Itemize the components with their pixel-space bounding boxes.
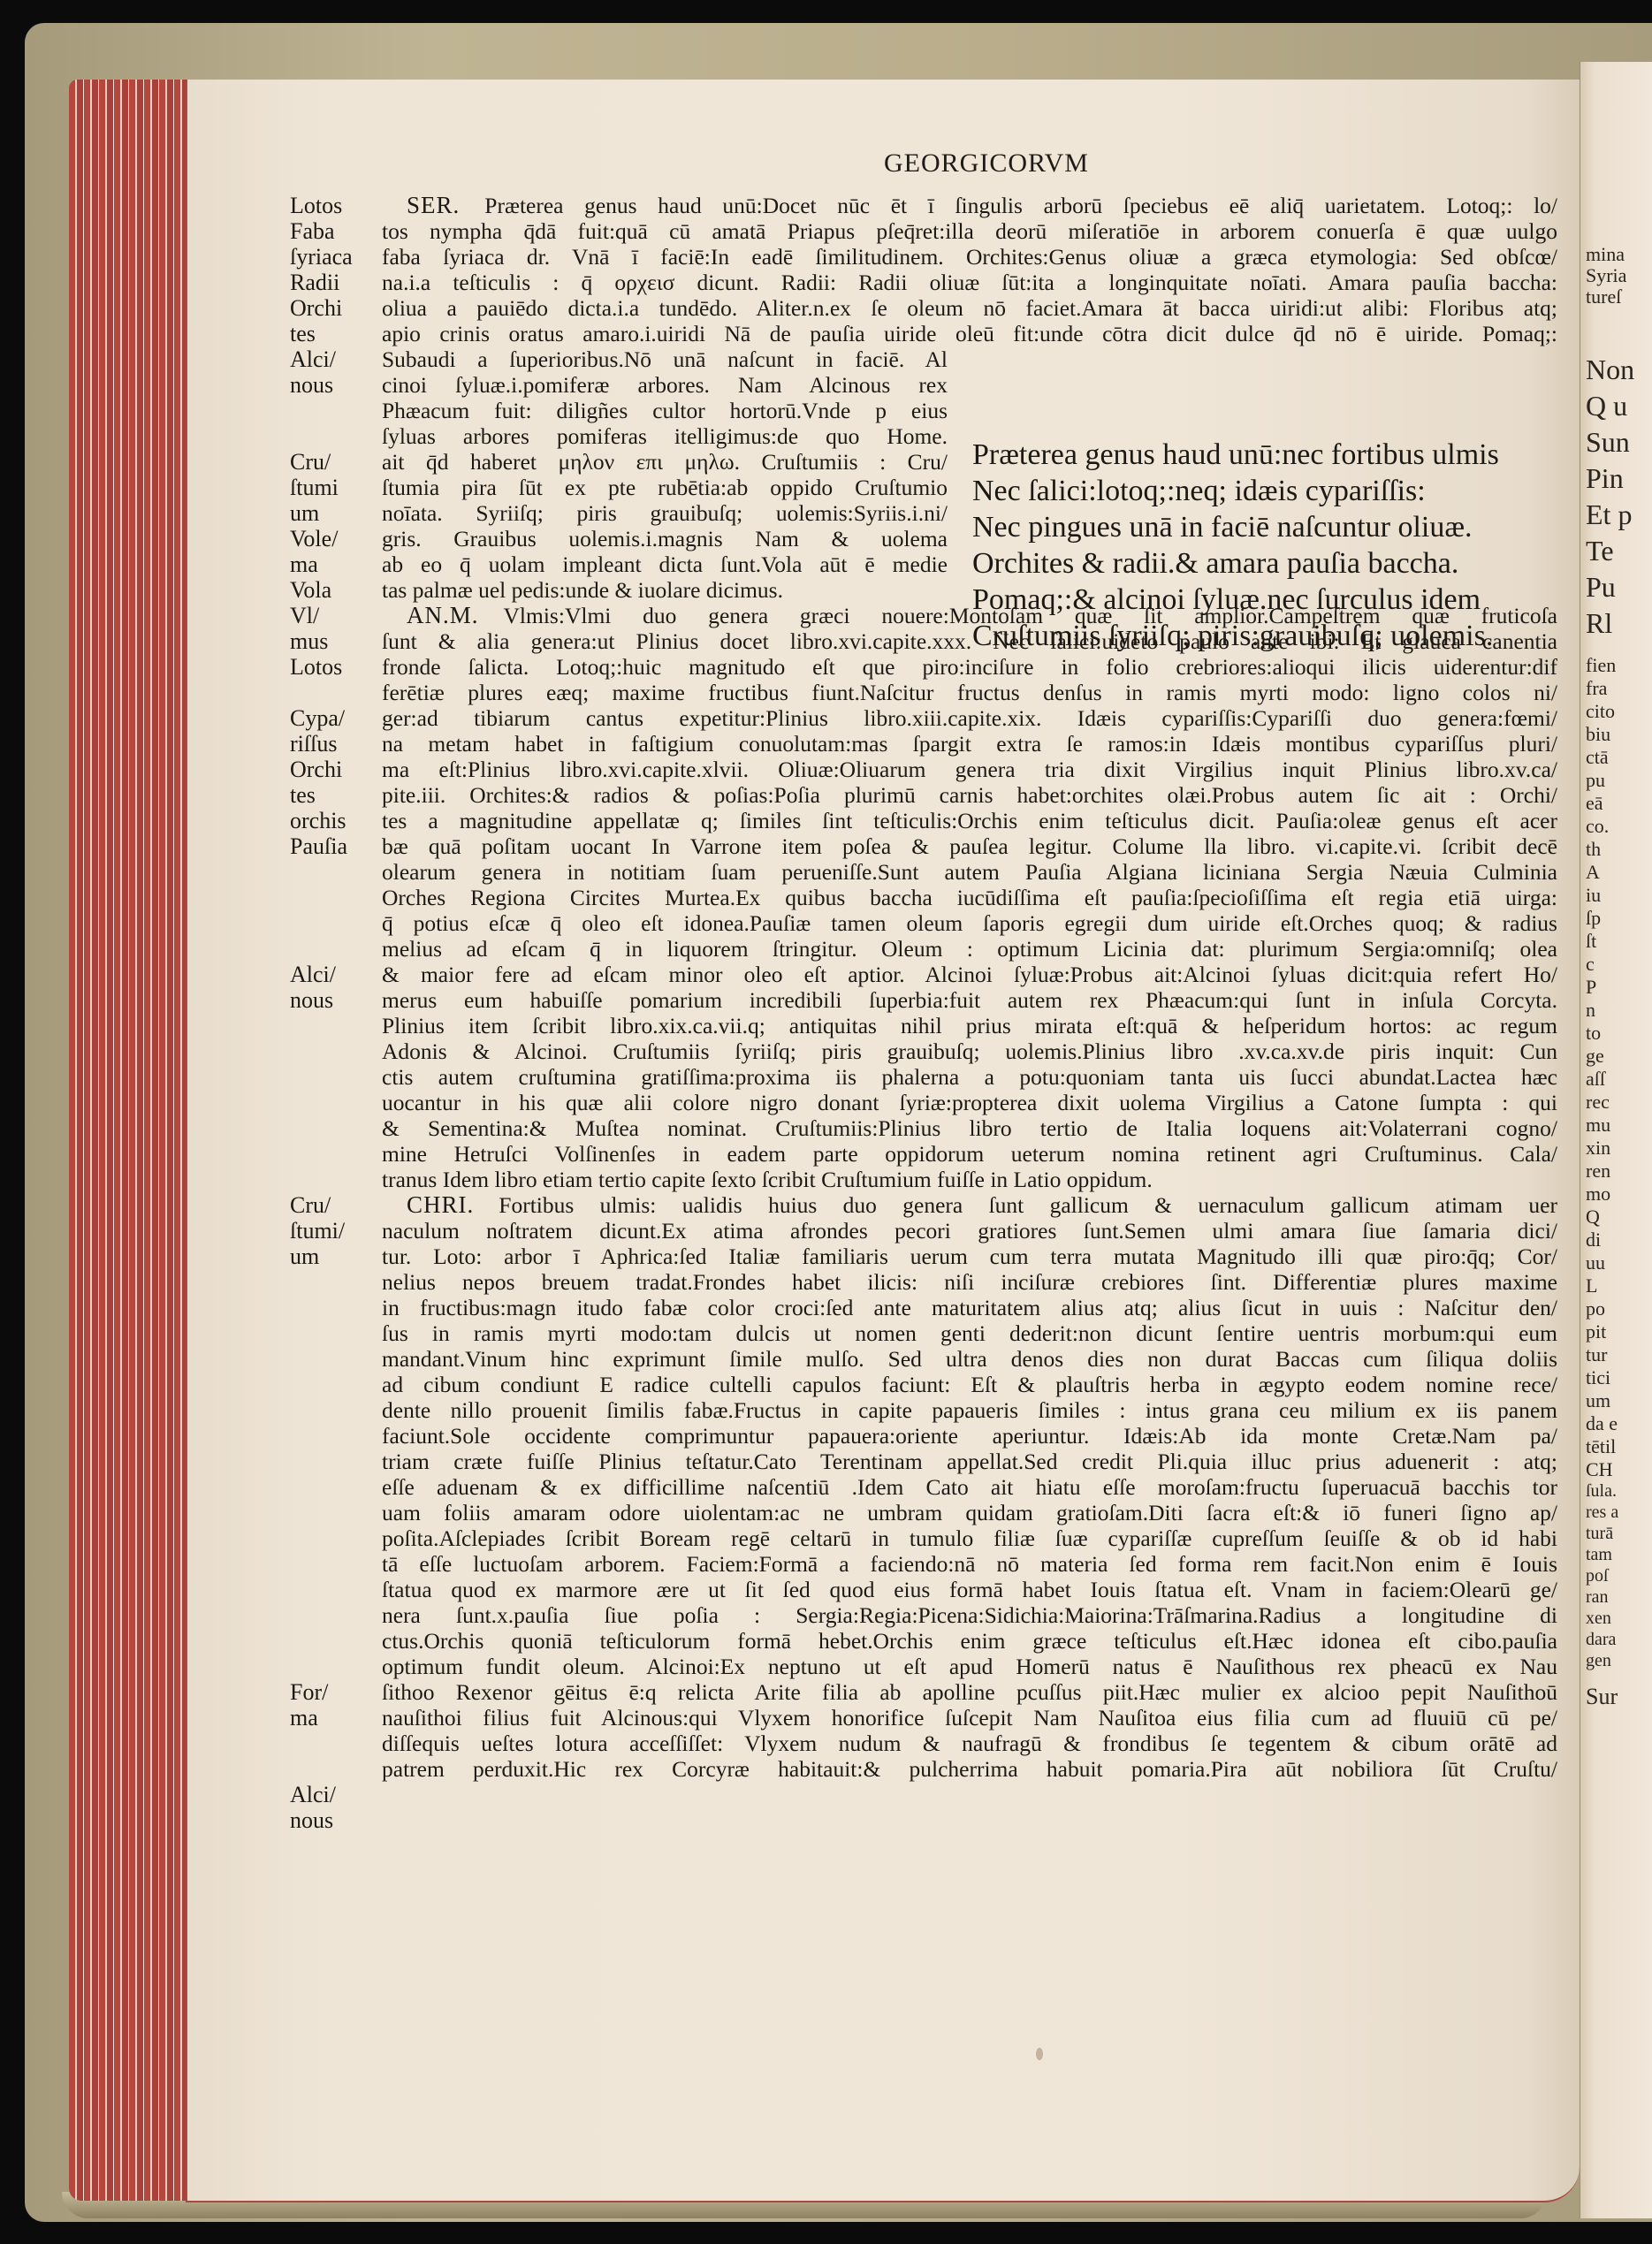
marginal-gloss: Orchi: [290, 757, 342, 782]
commentary-text: ſyluas arbores pomiferas itelligimus:de …: [382, 423, 948, 449]
commentary-text: q̄ potius eſcæ q̄ oleo eſt idonea.Pauſiæ…: [382, 910, 1557, 936]
commentary-line: ſus in ramis myrti modo:tam dulcis ut no…: [382, 1320, 1557, 1346]
commentary-text: ſtatua quod ex marmore ære ut ſit ſed qu…: [382, 1577, 1557, 1602]
marginal-gloss: Vole/: [290, 526, 338, 551]
commentary-line: pite.iii. Orchites:& radios & poſias:Poſ…: [382, 782, 1557, 808]
commentary-text: ab eo q̄ uolam impleant dicta ſunt.Vola …: [382, 551, 948, 577]
commentary-line: noīata. Syriiſq; piris grauibuſq; uolemi…: [382, 500, 948, 526]
commentary-text: melius ad eſcam q̄ in liquorem ſtringitu…: [382, 936, 1557, 962]
commentary-text: nera ſunt.x.pauſia ſiue poſia : Sergia:R…: [382, 1602, 1557, 1628]
commentary-line: SER. Præterea genus haud unū:Docet nūc ē…: [382, 193, 1557, 218]
facing-page-fragment: co.: [1586, 815, 1609, 838]
commentary-text: Orches Regiona Circites Murtea.Ex quibus…: [382, 885, 1557, 910]
marginal-gloss: Vola: [290, 577, 331, 603]
commentary-line: na metam habet in faſtigium conuolutam:m…: [382, 731, 1557, 757]
verse-line: Nec ſalici:lotoq;:neq; idæis cypariſſis:: [972, 473, 1560, 509]
facing-page-fragment: pit: [1586, 1320, 1606, 1343]
commentary-line: olearum genera in notitiam ſuam perueniſ…: [382, 859, 1557, 885]
facing-page-fragment: Et p: [1586, 498, 1632, 531]
marginal-gloss: nous: [290, 987, 333, 1013]
commentary-text: merus eum habuiſſe pomarium incredibili …: [382, 987, 1557, 1013]
facing-page-fragment: ſp: [1586, 907, 1601, 930]
facing-page-fragment: fra: [1586, 677, 1607, 700]
commentary-text: in fructibus:magn itudo fabæ color croci…: [382, 1295, 1557, 1320]
commentary-text: ma eſt:Plinius libro.xvi.capite.xlvii. O…: [382, 757, 1557, 782]
commentary-line: Orches Regiona Circites Murtea.Ex quibus…: [382, 885, 1557, 910]
facing-page-fragment: th: [1586, 838, 1601, 861]
commentary-text: faba ſyriaca dr. Vnā ī faciē:In eadē ſim…: [382, 244, 1557, 270]
marginal-gloss: ma: [290, 551, 318, 577]
commentary-line: & maior fere ad eſcam minor oleo eſt apt…: [382, 962, 1557, 987]
verse-line: Nec pingues unā in faciē naſcuntur oliuæ…: [972, 509, 1560, 545]
commentary-line: ſtumia pira ſūt ex pte rubētia:ab oppido…: [382, 475, 948, 500]
facing-page-fragment: tureſ: [1586, 285, 1621, 308]
facing-page-fragment: poſ: [1586, 1566, 1609, 1586]
commentary-text: diſſequis ueſtes lotura acceſſiſſet: Vly…: [382, 1731, 1557, 1756]
commentary-text: mandant.Vinum hinc exprimunt ſimile mulſ…: [382, 1346, 1557, 1372]
commentary-text: ſus in ramis myrti modo:tam dulcis ut no…: [382, 1320, 1557, 1346]
commentary-line: tes a magnitudine appellatæ q; ſimiles ſ…: [382, 808, 1557, 833]
marginal-gloss: um: [290, 1244, 319, 1269]
marginal-gloss: mus: [290, 628, 328, 654]
recto-page-edge: minaSyriatureſNonQ uSunPinEt pTePuRlfien…: [1580, 62, 1652, 2218]
facing-page-fragment: iu: [1586, 884, 1601, 907]
commentary-line: ait q̄d haberet μηλον επι μηλω. Cruſtumi…: [382, 449, 948, 475]
commentary-text: ferētiæ plures eæq; maxime fructibus fiu…: [382, 680, 1557, 705]
facing-page-fragment: c: [1586, 953, 1595, 976]
commentary-line: eſſe aduenam & ex difficillime naſcentiū…: [382, 1474, 1557, 1500]
commentary-line: mandant.Vinum hinc exprimunt ſimile mulſ…: [382, 1346, 1557, 1372]
commentary-line: bæ quā poſitam uocant In Varrone item po…: [382, 833, 1557, 859]
commentary-line: ctis autem cruſtumina gratiſſima:proxima…: [382, 1064, 1557, 1090]
commentary-text: ctis autem cruſtumina gratiſſima:proxima…: [382, 1064, 1557, 1090]
marginal-gloss: ma: [290, 1705, 318, 1731]
commentary-line: ſithoo Rexenor gēitus ē:q relicta Arite …: [382, 1679, 1557, 1705]
commentary-text: tos nympha q̄dā fuit:quā cū amatā Priapu…: [382, 218, 1557, 244]
verse-line: Pomaq;:& alcinoi ſyluæ.nec ſurculus idem: [972, 582, 1560, 618]
facing-page-fragment: P: [1586, 976, 1596, 999]
commentary-text: mine Hetruſci Volſinenſes in eadem parte…: [382, 1141, 1557, 1167]
commentary-line: ad cibum condiunt E radice cultelli capu…: [382, 1372, 1557, 1397]
commentary-line: cinoi ſyluæ.i.pomiferæ arbores. Nam Alci…: [382, 372, 948, 398]
commentator-label: AN.M.: [382, 602, 504, 628]
commentary-text: uam foliis amaram odore uiolentam:ac ne …: [382, 1500, 1557, 1525]
commentary-text: poſita.Aſclepiades ſcribit Boream regē c…: [382, 1525, 1557, 1551]
commentary-text: Adonis & Alcinoi. Cruſtumiis ſyriiſq; pi…: [382, 1038, 1557, 1064]
marginal-gloss: Alci/: [290, 962, 336, 987]
commentary-line: nauſithoi filius fuit Alcinous:qui Vlyxe…: [382, 1705, 1557, 1731]
commentary-line: fronde ſalicta. Lotoq;:huic magnitudo eſ…: [382, 654, 1557, 680]
facing-page-fragment: Q: [1586, 1206, 1600, 1228]
commentary-line: Phæacum fuit: diligñes cultor hortorū.Vn…: [382, 398, 948, 423]
facing-page-fragment: fien: [1586, 654, 1616, 677]
marginal-gloss: Alci/: [290, 1782, 336, 1807]
marginal-gloss: ſtumi: [290, 475, 339, 500]
commentary-text: & Sementina:& Muſtea nominat. Cruſtumiis…: [382, 1115, 1557, 1141]
commentary-line: ferētiæ plures eæq; maxime fructibus fiu…: [382, 680, 1557, 705]
commentary-line: ger:ad tibiarum cantus expetitur:Plinius…: [382, 705, 1557, 731]
commentary-text: noīata. Syriiſq; piris grauibuſq; uolemi…: [382, 500, 948, 526]
commentary-line: Adonis & Alcinoi. Cruſtumiis ſyriiſq; pi…: [382, 1038, 1557, 1064]
facing-page-fragment: ſula.: [1586, 1481, 1617, 1502]
commentary-line: apio crinis oratus amaro.i.uiridi Nā de …: [382, 321, 1557, 346]
facing-page-fragment: ren: [1586, 1160, 1610, 1183]
commentary-text: & maior fere ad eſcam minor oleo eſt apt…: [382, 962, 1557, 987]
marginal-gloss: um: [290, 500, 319, 526]
commentary-text: nelius nepos breuem tradat.Frondes habet…: [382, 1269, 1557, 1295]
facing-page-fragment: tici: [1586, 1366, 1610, 1389]
commentary-text: Phæacum fuit: diligñes cultor hortorū.Vn…: [382, 398, 948, 423]
marginal-gloss: ſyriaca: [290, 244, 353, 270]
commentary-text: ſtumia pira ſūt ex pte rubētia:ab oppido…: [382, 475, 948, 500]
marginal-gloss: Vl/: [290, 603, 319, 628]
commentary-text: apio crinis oratus amaro.i.uiridi Nā de …: [382, 321, 1557, 346]
commentary-text: ger:ad tibiarum cantus expetitur:Plinius…: [382, 705, 1557, 731]
marginal-gloss: Alci/: [290, 346, 336, 372]
commentary-line: tā eſſe luctuoſam arborem. Faciem:Formā …: [382, 1551, 1557, 1577]
commentary-text: nauſithoi filius fuit Alcinous:qui Vlyxe…: [382, 1705, 1557, 1731]
facing-page-fragment: to: [1586, 1022, 1601, 1045]
commentary-line: faba ſyriaca dr. Vnā ī faciē:In eadē ſim…: [382, 244, 1557, 270]
marginal-gloss: Orchi: [290, 295, 342, 321]
commentary-text: tā eſſe luctuoſam arborem. Faciem:Formā …: [382, 1551, 1557, 1577]
verse-line: Orchites & radii.& amara pauſia baccha.: [972, 545, 1560, 582]
commentary-text: pite.iii. Orchites:& radios & poſias:Poſ…: [382, 782, 1557, 808]
facing-page-fragment: turā: [1586, 1524, 1613, 1544]
facing-page-fragment: CH: [1586, 1458, 1613, 1481]
facing-page-fragment: gen: [1586, 1651, 1611, 1671]
facing-page-fragment: ran: [1586, 1587, 1609, 1608]
facing-page-fragment: n: [1586, 999, 1595, 1022]
commentary-line: & Sementina:& Muſtea nominat. Cruſtumiis…: [382, 1115, 1557, 1141]
facing-page-fragment: um: [1586, 1389, 1610, 1412]
commentary-line: triam cræte fuiſſe Plinius teſtatur.Cato…: [382, 1449, 1557, 1474]
commentary-line: mine Hetruſci Volſinenſes in eadem parte…: [382, 1141, 1557, 1167]
commentary-line: diſſequis ueſtes lotura acceſſiſſet: Vly…: [382, 1731, 1557, 1756]
facing-page-fragment: xin: [1586, 1137, 1610, 1160]
commentary-text: na metam habet in faſtigium conuolutam:m…: [382, 731, 1557, 757]
commentary-text: faciunt.Sole occidente comprimuntur papa…: [382, 1423, 1557, 1449]
commentary-line: q̄ potius eſcæ q̄ oleo eſt idonea.Pauſiæ…: [382, 910, 1557, 936]
commentary-line: dente nillo prouenit ſimilis fabæ.Fructu…: [382, 1397, 1557, 1423]
facing-page-fragment: ge: [1586, 1045, 1604, 1068]
commentary-line: ſyluas arbores pomiferas itelligimus:de …: [382, 423, 948, 449]
facing-page-fragment: Sur: [1586, 1684, 1618, 1710]
facing-page-fragment: eā: [1586, 792, 1603, 815]
facing-page-fragment: ſt: [1586, 930, 1596, 953]
commentary-text: ait q̄d haberet μηλον επι μηλω. Cruſtumi…: [382, 449, 948, 475]
commentary-line: oliua a pauiēdo dicta.i.a tundēdo. Alite…: [382, 295, 1557, 321]
paper-stain: [1036, 2048, 1043, 2060]
commentary-line: patrem perduxit.Hic rex Corcyræ habitaui…: [382, 1756, 1557, 1782]
commentary-text: tur. Loto: arbor ī Aphrica:ſed Italiæ fa…: [382, 1244, 1557, 1269]
marginal-gloss: Cru/: [290, 449, 331, 475]
marginal-gloss: nous: [290, 1807, 333, 1833]
commentary-text: triam cræte fuiſſe Plinius teſtatur.Cato…: [382, 1449, 1557, 1474]
commentary-line: optimum fundit oleum. Alcinoi:Ex neptuno…: [382, 1654, 1557, 1679]
marginal-gloss: tes: [290, 782, 316, 808]
marginal-gloss: For/: [290, 1679, 328, 1705]
marginal-gloss: orchis: [290, 808, 346, 833]
commentary-line: ſtatua quod ex marmore ære ut ſit ſed qu…: [382, 1577, 1557, 1602]
facing-page-fragment: dara: [1586, 1630, 1616, 1650]
commentary-line: CHRI. Fortibus ulmis: ualidis huius duo …: [382, 1192, 1557, 1218]
facing-page-fragment: xen: [1586, 1609, 1611, 1629]
commentary-line: Subaudi a ſuperioribus.Nō unā naſcunt in…: [382, 346, 948, 372]
commentary-line: tranus Idem libro etiam tertio capite ſe…: [382, 1167, 1557, 1192]
commentator-label: SER.: [382, 192, 484, 218]
facing-page-fragment: po: [1586, 1297, 1605, 1320]
marginal-gloss: nous: [290, 372, 333, 398]
commentary-text: olearum genera in notitiam ſuam perueniſ…: [382, 859, 1557, 885]
facing-page-fragment: tam: [1586, 1545, 1612, 1565]
commentary-line: faciunt.Sole occidente comprimuntur papa…: [382, 1423, 1557, 1449]
commentator-label: CHRI.: [382, 1191, 499, 1218]
facing-page-fragment: res a: [1586, 1502, 1618, 1523]
facing-page-fragment: Q u: [1586, 390, 1627, 422]
commentary-text: cinoi ſyluæ.i.pomiferæ arbores. Nam Alci…: [382, 372, 948, 398]
commentary-line: ma eſt:Plinius libro.xvi.capite.xlvii. O…: [382, 757, 1557, 782]
commentary-line: poſita.Aſclepiades ſcribit Boream regē c…: [382, 1525, 1557, 1551]
commentary-text: tranus Idem libro etiam tertio capite ſe…: [382, 1167, 1153, 1192]
commentary-text: optimum fundit oleum. Alcinoi:Ex neptuno…: [382, 1654, 1557, 1679]
facing-page-fragment: uu: [1586, 1251, 1605, 1274]
commentary-line: nelius nepos breuem tradat.Frondes habet…: [382, 1269, 1557, 1295]
marginal-gloss: riſſus: [290, 731, 337, 757]
facing-page-fragment: tētil: [1586, 1435, 1616, 1458]
commentary-text: dente nillo prouenit ſimilis fabæ.Fructu…: [382, 1397, 1557, 1423]
commentary-line: tur. Loto: arbor ī Aphrica:ſed Italiæ fa…: [382, 1244, 1557, 1269]
facing-page-fragment: cito: [1586, 700, 1615, 723]
commentary-line: gris. Grauibus uolemis.i.magnis Nam & uo…: [382, 526, 948, 551]
facing-page-fragment: mu: [1586, 1114, 1610, 1137]
marginal-gloss: Radii: [290, 270, 339, 295]
facing-page-fragment: Pu: [1586, 571, 1616, 604]
commentary-text: uocantur in his quæ alii colore nigro do…: [382, 1090, 1557, 1115]
facing-page-fragment: Sun: [1586, 426, 1630, 459]
facing-page-fragment: da e: [1586, 1412, 1618, 1435]
facing-page-fragment: mo: [1586, 1183, 1610, 1206]
facing-page-fragment: ctā: [1586, 746, 1609, 769]
commentary-text: na.i.a teſticulis : q̄ ορχεισ dicunt. Ra…: [382, 270, 1557, 295]
commentary-line: merus eum habuiſſe pomarium incredibili …: [382, 987, 1557, 1013]
verse-line: Præterea genus haud unū:nec fortibus ulm…: [972, 437, 1560, 473]
verse-line: Cruſtumiis ſyriiſq; piris:grauibuſq; uol…: [972, 618, 1560, 654]
facing-page-fragment: A: [1586, 861, 1600, 884]
facing-page-fragment: pu: [1586, 769, 1605, 792]
commentary-text: ctus.Orchis quoniā teſticulorum formā he…: [382, 1628, 1557, 1654]
commentary-block: SER. Præterea genus haud unū:Docet nūc ē…: [382, 193, 1557, 1782]
commentary-line: nera ſunt.x.pauſia ſiue poſia : Sergia:R…: [382, 1602, 1557, 1628]
marginal-gloss: ſtumi/: [290, 1218, 345, 1244]
facing-page-fragment: rec: [1586, 1091, 1610, 1114]
commentary-text: eſſe aduenam & ex difficillime naſcentiū…: [382, 1474, 1557, 1500]
commentary-line: uam foliis amaram odore uiolentam:ac ne …: [382, 1500, 1557, 1525]
marginal-gloss: Faba: [290, 218, 335, 244]
commentary-text: bæ quā poſitam uocant In Varrone item po…: [382, 833, 1557, 859]
marginal-gloss: tes: [290, 321, 316, 346]
marginal-gloss: Cru/: [290, 1192, 331, 1218]
commentary-text: Fortibus ulmis: ualidis huius duo genera…: [499, 1192, 1557, 1218]
commentary-line: ab eo q̄ uolam impleant dicta ſunt.Vola …: [382, 551, 948, 577]
commentary-line: tos nympha q̄dā fuit:quā cū amatā Priapu…: [382, 218, 1557, 244]
commentary-line: melius ad eſcam q̄ in liquorem ſtringitu…: [382, 936, 1557, 962]
commentary-line: in fructibus:magn itudo fabæ color croci…: [382, 1295, 1557, 1320]
facing-page-fragment: tur: [1586, 1343, 1607, 1366]
marginal-gloss: Lotos: [290, 193, 342, 218]
marginal-gloss: Pauſia: [290, 833, 347, 859]
verse-text-block: Præterea genus haud unū:nec fortibus ulm…: [972, 437, 1560, 654]
facing-page-fragment: Pin: [1586, 462, 1624, 495]
commentary-text: ſithoo Rexenor gēitus ē:q relicta Arite …: [382, 1679, 1557, 1705]
commentary-line: naculum noſtratem dicunt.Ex atima afrond…: [382, 1218, 1557, 1244]
marginal-gloss: Lotos: [290, 654, 342, 680]
facing-page-fragment: Syria: [1586, 264, 1626, 287]
facing-page-fragment: aſſ: [1586, 1068, 1605, 1091]
commentary-text: Subaudi a ſuperioribus.Nō unā naſcunt in…: [382, 346, 948, 372]
facing-page-fragment: L: [1586, 1274, 1597, 1297]
facing-page-fragment: mina: [1586, 243, 1625, 266]
commentary-text: Plinius item ſcribit libro.xix.ca.vii.q;…: [382, 1013, 1557, 1038]
commentary-line: uocantur in his quæ alii colore nigro do…: [382, 1090, 1557, 1115]
commentary-line: Plinius item ſcribit libro.xix.ca.vii.q;…: [382, 1013, 1557, 1038]
commentary-text: naculum noſtratem dicunt.Ex atima afrond…: [382, 1218, 1557, 1244]
commentary-text: tas palmæ uel pedis:unde & iuolare dicim…: [382, 577, 783, 603]
commentary-line: tas palmæ uel pedis:unde & iuolare dicim…: [382, 577, 948, 603]
commentary-line: na.i.a teſticulis : q̄ ορχεισ dicunt. Ra…: [382, 270, 1557, 295]
commentary-text: patrem perduxit.Hic rex Corcyræ habitaui…: [382, 1756, 1557, 1782]
marginal-gloss: Cypa/: [290, 705, 345, 731]
commentary-text: Præterea genus haud unū:Docet nūc ēt ī ſ…: [484, 193, 1557, 218]
red-stained-page-edges: [69, 80, 189, 2201]
commentary-line: ctus.Orchis quoniā teſticulorum formā he…: [382, 1628, 1557, 1654]
commentary-text: ad cibum condiunt E radice cultelli capu…: [382, 1372, 1557, 1397]
facing-page-fragment: Rl: [1586, 607, 1612, 640]
commentary-text: tes a magnitudine appellatæ q; ſimiles ſ…: [382, 808, 1557, 833]
commentary-text: oliua a pauiēdo dicta.i.a tundēdo. Alite…: [382, 295, 1557, 321]
facing-page-fragment: biu: [1586, 723, 1610, 746]
facing-page-fragment: Te: [1586, 535, 1614, 567]
facing-page-fragment: Non: [1586, 354, 1634, 386]
commentary-text: fronde ſalicta. Lotoq;:huic magnitudo eſ…: [382, 654, 1557, 680]
commentary-text: gris. Grauibus uolemis.i.magnis Nam & uo…: [382, 526, 948, 551]
running-head: GEORGICORVM: [884, 148, 1089, 179]
facing-page-fragment: di: [1586, 1228, 1601, 1251]
